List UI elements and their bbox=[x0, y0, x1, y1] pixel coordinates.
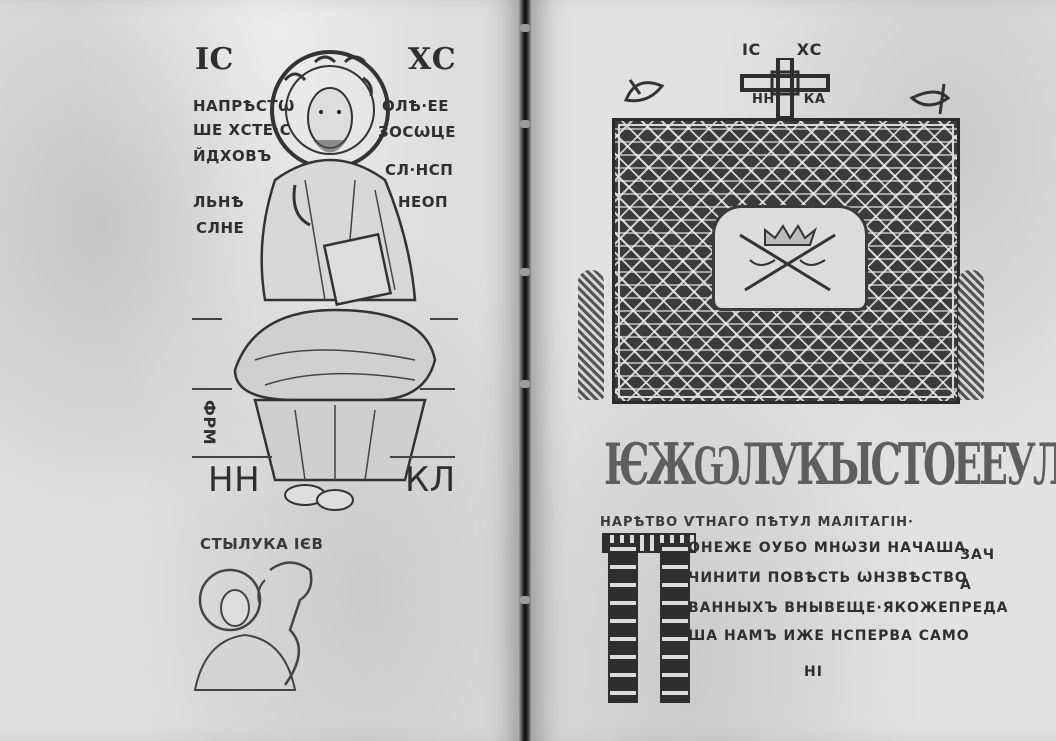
line-end-mark: НІ bbox=[804, 664, 823, 680]
book-spread: ІС ХС НАПРѢСТѠ ШЕ ХСТЕ·С ЙДХОВЪ ЛЬНѢ СЛН… bbox=[0, 0, 1056, 741]
margin-note: ЗАЧ А bbox=[960, 540, 996, 600]
body-line-4: ША НАМЪ ИЖЕ НСПЕРВА САМО bbox=[688, 628, 970, 644]
initial-right-stem bbox=[660, 543, 690, 703]
leaf-ornament-icon bbox=[908, 78, 952, 122]
chapter-subtitle: НАРѢТВО ѴТНАГО ПѢТУЛ МАЛІТАГІН· bbox=[600, 515, 914, 530]
binding-stitch bbox=[520, 596, 530, 604]
ground-line bbox=[390, 456, 455, 458]
monogram-kl: КЛ bbox=[405, 460, 456, 500]
christ-pantocrator-figure bbox=[215, 40, 455, 520]
interlace-cross-icon bbox=[740, 58, 830, 118]
body-line-1: ОНЕЖЕ ОУБО МНѠЗИ НАЧАША bbox=[688, 540, 966, 556]
binding-stitch bbox=[520, 24, 530, 32]
throne-line bbox=[192, 388, 232, 390]
body-line-2: ЧИНИТИ ПОВѢСТЬ ѠНЗВѢСТВО bbox=[688, 570, 968, 586]
ground-line bbox=[192, 456, 272, 458]
body-line-3: ВАННЫХЪ ВНЫВЕЩЕ·ЯКОЖЕПРЕДА bbox=[688, 600, 1009, 616]
binding-stitch bbox=[520, 120, 530, 128]
cross-monogram-bottom: НН КА bbox=[752, 92, 825, 107]
monogram-nh: НН bbox=[208, 460, 260, 500]
throne-line bbox=[430, 318, 458, 320]
left-side-ornament bbox=[578, 270, 604, 400]
initial-left-stem bbox=[608, 543, 638, 703]
right-side-ornament bbox=[958, 270, 984, 400]
binding-stitch bbox=[520, 268, 530, 276]
decorated-initial-letter bbox=[602, 533, 692, 699]
binding-stitch bbox=[520, 380, 530, 388]
book-gutter bbox=[518, 0, 532, 741]
crown-and-swords-emblem bbox=[730, 215, 845, 295]
throne-line bbox=[420, 388, 455, 390]
side-monogram: ФРМ bbox=[200, 400, 219, 445]
throne-line bbox=[192, 318, 222, 320]
leaf-ornament-icon bbox=[622, 70, 666, 114]
cross-monogram-top: ІС ХС bbox=[742, 40, 822, 59]
st-luke-figure bbox=[190, 550, 320, 700]
